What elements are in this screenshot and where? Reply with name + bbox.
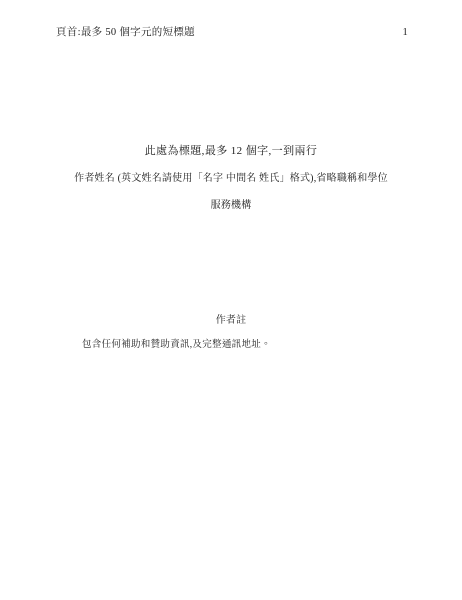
page-number: 1 bbox=[402, 26, 408, 40]
author-note-body: 包含任何補助和贊助資訊,及完整通訊地址。 bbox=[56, 337, 422, 353]
page-header: 頁首:最多 50 個字元的短標題 1 bbox=[56, 26, 408, 40]
author-name-line: 作者姓名 (英文姓名請使用「名字 中間名 姓氏」格式),省略職稱和學位 bbox=[0, 165, 462, 192]
running-head: 頁首:最多 50 個字元的短標題 bbox=[56, 26, 195, 40]
title-block: 此處為標題,最多 12 個字,一到兩行 作者姓名 (英文姓名請使用「名字 中間名… bbox=[0, 138, 462, 219]
paper-title: 此處為標題,最多 12 個字,一到兩行 bbox=[0, 138, 462, 165]
document-page: 頁首:最多 50 個字元的短標題 1 此處為標題,最多 12 個字,一到兩行 作… bbox=[0, 0, 462, 600]
author-note-heading: 作者註 bbox=[0, 313, 462, 329]
affiliation-line: 服務機構 bbox=[0, 192, 462, 219]
